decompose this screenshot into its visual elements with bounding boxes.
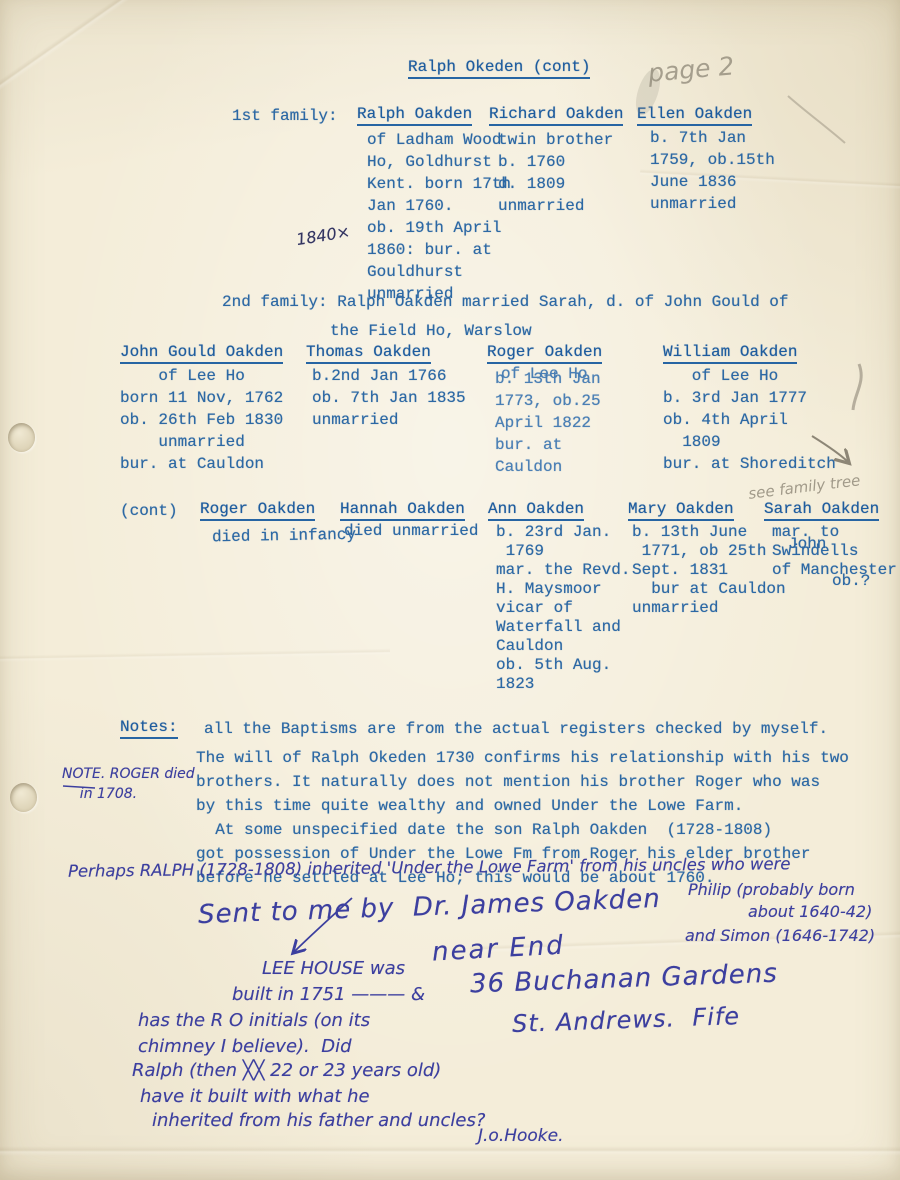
member-name: Richard Oakden — [489, 105, 623, 126]
member-details: died in infancy — [212, 524, 356, 549]
lee-house-note-line: Ralph (then ╳╳ 22 or 23 years old) — [132, 1060, 441, 1081]
sent-to-me-note: Sent to me by Dr. James Oakden — [198, 884, 662, 930]
member-name: Ann Oakden — [488, 500, 584, 521]
pencil-margin-mark — [853, 364, 861, 410]
member-inserted-word: John — [788, 535, 826, 554]
lee-house-note-line: LEE HOUSE was — [262, 958, 405, 979]
lee-house-note-line: built in 1751 ——— & — [232, 984, 425, 1005]
lee-house-note-line: inherited from his father and uncles? — [152, 1110, 485, 1131]
member-column-john-gould: John Gould Oakden of Lee Ho born 11 Nov,… — [120, 343, 283, 475]
lee-house-note-line: chimney I believe). Did — [138, 1036, 352, 1057]
pencil-page-number: page 2 — [647, 51, 735, 87]
member-name: John Gould Oakden — [120, 343, 283, 364]
member-column-richard: Richard Oakden twin brother b. 1760 d. 1… — [489, 105, 623, 217]
page-title: Ralph Okeden (cont) — [408, 58, 590, 79]
cont-label: (cont) — [120, 500, 178, 522]
document-page: Ralph Okeden (cont) page 2 1st family: R… — [0, 0, 900, 1180]
member-name: Mary Oakden — [628, 500, 734, 521]
member-details: of Lee Ho b. 3rd Jan 1777 ob. 4th April … — [663, 365, 836, 475]
pencil-corner-stroke — [788, 96, 845, 143]
member-details: twin brother b. 1760 d. 1809 unmarried — [498, 129, 623, 217]
member-column-mary: Mary Oakden b. 13th June 1771, ob 25th S… — [628, 500, 786, 618]
pencil-family-tree-note: see family tree — [747, 471, 861, 503]
member-column-thomas: Thomas Oakden b.2nd Jan 1766 ob. 7th Jan… — [306, 343, 466, 431]
member-name: Ellen Oakden — [637, 105, 752, 126]
member-overtyped-line: of Lee Ho — [501, 363, 587, 385]
member-name: William Oakden — [663, 343, 797, 364]
philip-note-line: and Simon (1646-1742) — [685, 926, 875, 945]
member-name: Ralph Oakden — [357, 105, 472, 126]
paper-crease — [0, 649, 390, 663]
address-line-1: 36 Buchanan Gardens — [470, 959, 779, 1000]
lee-house-note-line: have it built with what he — [140, 1086, 370, 1107]
member-column-roger-cont: Roger Oakden died in infancy — [200, 500, 356, 547]
lee-house-note-line: has the R O initials (on its — [138, 1010, 370, 1031]
address-line-2: St. Andrews. Fife — [512, 1002, 741, 1038]
member-name: Hannah Oakden — [340, 500, 465, 521]
member-inserted-word: ob.? — [832, 572, 870, 591]
punch-hole — [10, 783, 37, 812]
member-column-hannah: Hannah Oakden died unmarried — [340, 500, 478, 542]
member-details: died unmarried — [344, 520, 478, 542]
paper-crease — [0, 1146, 900, 1156]
member-column-roger: Roger Oakden of Lee Ho b. 13th Jan 1773,… — [487, 343, 602, 478]
paper-crease — [0, 0, 172, 102]
member-column-william: William Oakden of Lee Ho b. 3rd Jan 1777… — [663, 343, 836, 475]
notes-paragraph-1: The will of Ralph Okeden 1730 confirms h… — [196, 746, 849, 818]
punch-hole — [8, 423, 35, 452]
member-column-ellen: Ellen Oakden b. 7th Jan 1759, ob.15th Ju… — [637, 105, 775, 215]
philip-note-line: about 1640-42) — [748, 902, 872, 921]
signature: J.o.Hooke. — [478, 1126, 564, 1146]
member-column-ralph: Ralph Oakden of Ladham Wood Ho, Goldhurs… — [357, 105, 511, 305]
member-column-ann: Ann Oakden b. 23rd Jan. 1769 mar. the Re… — [488, 500, 630, 694]
member-details: b. 23rd Jan. 1769 mar. the Revd. H. Mays… — [496, 523, 630, 694]
member-details: b. 13th June 1771, ob 25th Sept. 1831 bu… — [632, 523, 786, 618]
member-name: Sarah Oakden — [764, 500, 879, 521]
family2-heading-line1: 2nd family: Ralph Oakden married Sarah, … — [222, 291, 789, 313]
philip-note-line: Philip (probably born — [688, 880, 855, 899]
handwritten-1840-annotation: 1840× — [295, 222, 351, 249]
member-details: of Lee Ho born 11 Nov, 1762 ob. 26th Feb… — [120, 365, 283, 475]
near-end-note: near End — [431, 931, 565, 968]
member-column-sarah: Sarah Oakden mar. to Swindells of Manche… — [764, 500, 897, 580]
member-details: b.2nd Jan 1766 ob. 7th Jan 1835 unmarrie… — [312, 365, 466, 431]
margin-note-roger-died: NOTE. ROGER died in 1708. — [62, 764, 195, 804]
member-details: b. 7th Jan 1759, ob.15th June 1836 unmar… — [650, 127, 775, 215]
family2-heading-line2: the Field Ho, Warslow — [330, 320, 532, 342]
notes-label: Notes: — [120, 718, 178, 739]
member-name: Thomas Oakden — [306, 343, 431, 364]
member-name: Roger Oakden — [487, 343, 602, 364]
family1-label: 1st family: — [232, 105, 338, 127]
notes-intro: all the Baptisms are from the actual reg… — [204, 718, 828, 740]
member-name: Roger Oakden — [200, 500, 315, 521]
